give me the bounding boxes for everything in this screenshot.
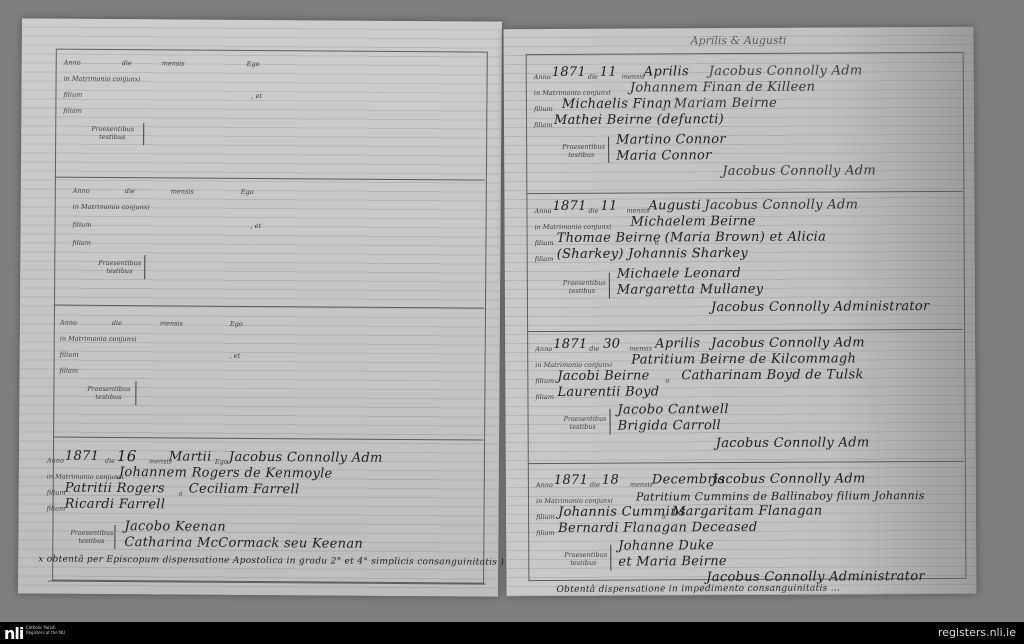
- witness-brace: [135, 381, 136, 405]
- witness-brace: [610, 545, 611, 571]
- witness-brace: [143, 123, 144, 145]
- right-register-page: Aprilis & Augusti Anno 1871 die 11 mensi…: [504, 27, 977, 596]
- witness-brace: [610, 409, 611, 435]
- site-link[interactable]: registers.nli.ie: [938, 626, 1016, 639]
- witness-brace: [609, 273, 610, 299]
- nli-logo[interactable]: nli: [4, 624, 23, 643]
- footer-bar: nli Catholic Parish Registers at the NLI…: [0, 622, 1024, 644]
- logo-caption: Catholic Parish Registers at the NLI: [26, 626, 66, 635]
- witness-brace: [114, 525, 115, 549]
- page-header: Aprilis & Augusti: [504, 33, 974, 48]
- left-register-page: Anno die mensis Ego in Matrimonio conjun…: [18, 18, 502, 596]
- witness-brace: [608, 137, 609, 163]
- witness-brace: [144, 255, 145, 279]
